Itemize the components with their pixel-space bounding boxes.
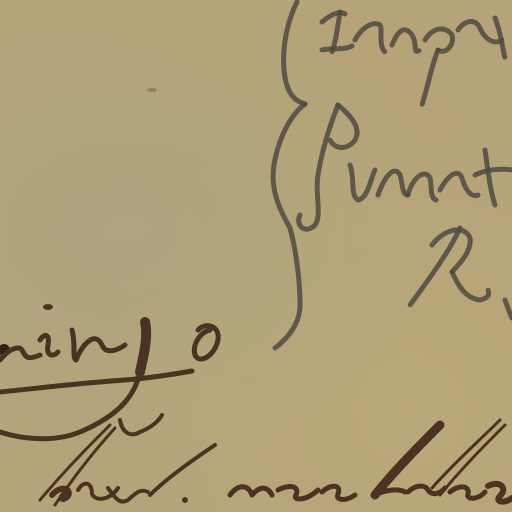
paper-speck — [147, 88, 157, 92]
pencil-bracket — [273, 2, 305, 348]
i-dot — [43, 304, 53, 310]
pencil-letter-r — [410, 228, 512, 318]
pencil-word-scrips — [322, 12, 505, 105]
ink-word-iugo — [0, 304, 218, 439]
ink-line-seyn-welches — [40, 420, 512, 505]
pencil-word-guerrato — [299, 105, 512, 229]
comma — [182, 497, 188, 503]
document-page: Scrips Guerrato R …iugo Seyn, welches — [0, 0, 512, 512]
handwriting-layer — [0, 0, 512, 512]
